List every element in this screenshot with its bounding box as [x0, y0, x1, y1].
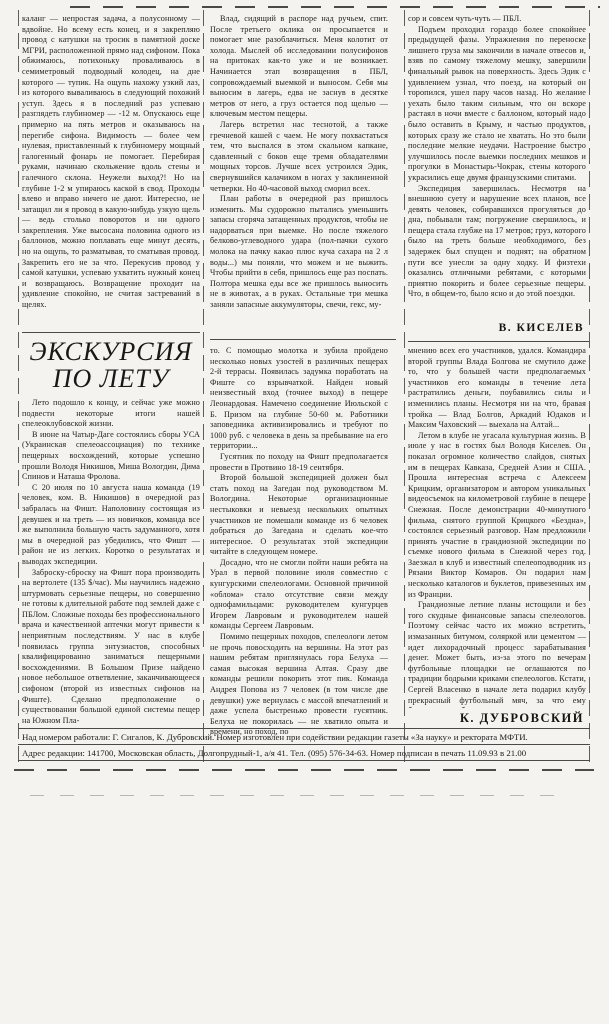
footer-rule-top [18, 728, 590, 729]
footer-credits: Над номером работали: Г. Сигалов, К. Дуб… [18, 731, 590, 743]
paragraph: Влад, сидящий в распоре над ручьем, спит… [210, 14, 388, 120]
section-divider [210, 339, 396, 340]
paragraph: Досадно, что не смогли пойти наши ребята… [210, 558, 388, 632]
paragraph: Летом в клубе не угасала культурная жизн… [408, 431, 586, 601]
paragraph: С 20 июля по 10 августа наша команда (19… [22, 483, 200, 568]
article2-author-signature: К. ДУБРОВСКИЙ [408, 711, 584, 726]
paragraph: каланг — непростая задача, а полусонному… [22, 14, 200, 311]
article2-column-1: Лето подошло к концу, и сейчас уже можно… [22, 398, 200, 760]
section-divider [22, 332, 200, 333]
article2-column-3: мнению всех его участников, удался. Кома… [408, 346, 586, 708]
section-divider [408, 341, 589, 342]
footer-address: Адрес редакции: 141700, Московская облас… [18, 747, 590, 759]
page-bottom-faint-dashes [30, 795, 570, 796]
footer-rule-bottom [18, 760, 590, 761]
page-bottom-dashed-border [14, 769, 594, 771]
paragraph: Грандиозные летние планы истощили и без … [408, 600, 586, 708]
paragraph: Экспедиция завершилась. Несмотря на внеш… [408, 184, 586, 301]
newspaper-page: каланг — непростая задача, а полусонному… [0, 0, 609, 1024]
paragraph: Подъем проходил гораздо более спокойнее … [408, 25, 586, 184]
column-divider-line-2 [404, 10, 405, 762]
left-column-border-line [18, 10, 19, 762]
article2-headline: ЭКСКУРСИЯ ПО ЛЕТУ [22, 338, 200, 392]
paragraph: Лето подошло к концу, и сейчас уже можно… [22, 398, 200, 430]
paragraph: Второй большой экспедицией должен был ст… [210, 473, 388, 558]
article1-column-1: каланг — непростая задача, а полусонному… [22, 14, 200, 336]
article1-column-3: сор и совсем чуть-чуть — ПБЛ. Подъем про… [408, 14, 586, 320]
paragraph: сор и совсем чуть-чуть — ПБЛ. [408, 14, 586, 25]
headline-line-2: ПО ЛЕТУ [22, 365, 200, 392]
column-divider-line-1 [203, 10, 204, 762]
paragraph: В июне на Чатыр-Даге состоялись сборы УС… [22, 430, 200, 483]
article1-author-signature: В. КИСЕЛЕВ [408, 322, 584, 334]
right-column-border-line [589, 10, 590, 762]
paragraph: Гусятник по походу на Фишт предполагаетс… [210, 452, 388, 473]
paragraph: Помимо пещерных походов, спелеологи лето… [210, 632, 388, 738]
paragraph: то. С помощью молотка и зубила пройдено … [210, 346, 388, 452]
paragraph: Лагерь встретил нас теснотой, а также гр… [210, 120, 388, 194]
paragraph: План работы в очередной раз пришлось изм… [210, 194, 388, 311]
article1-column-2: Влад, сидящий в распоре над ручьем, спит… [210, 14, 388, 336]
page-top-dashed-border [70, 6, 600, 8]
footer-rule-middle [18, 744, 590, 745]
headline-line-1: ЭКСКУРСИЯ [22, 338, 200, 365]
paragraph: Заброску-сброску на Фишт пора производит… [22, 568, 200, 727]
paragraph: мнению всех его участников, удался. Кома… [408, 346, 586, 431]
article2-column-2: то. С помощью молотка и зубила пройдено … [210, 346, 388, 756]
